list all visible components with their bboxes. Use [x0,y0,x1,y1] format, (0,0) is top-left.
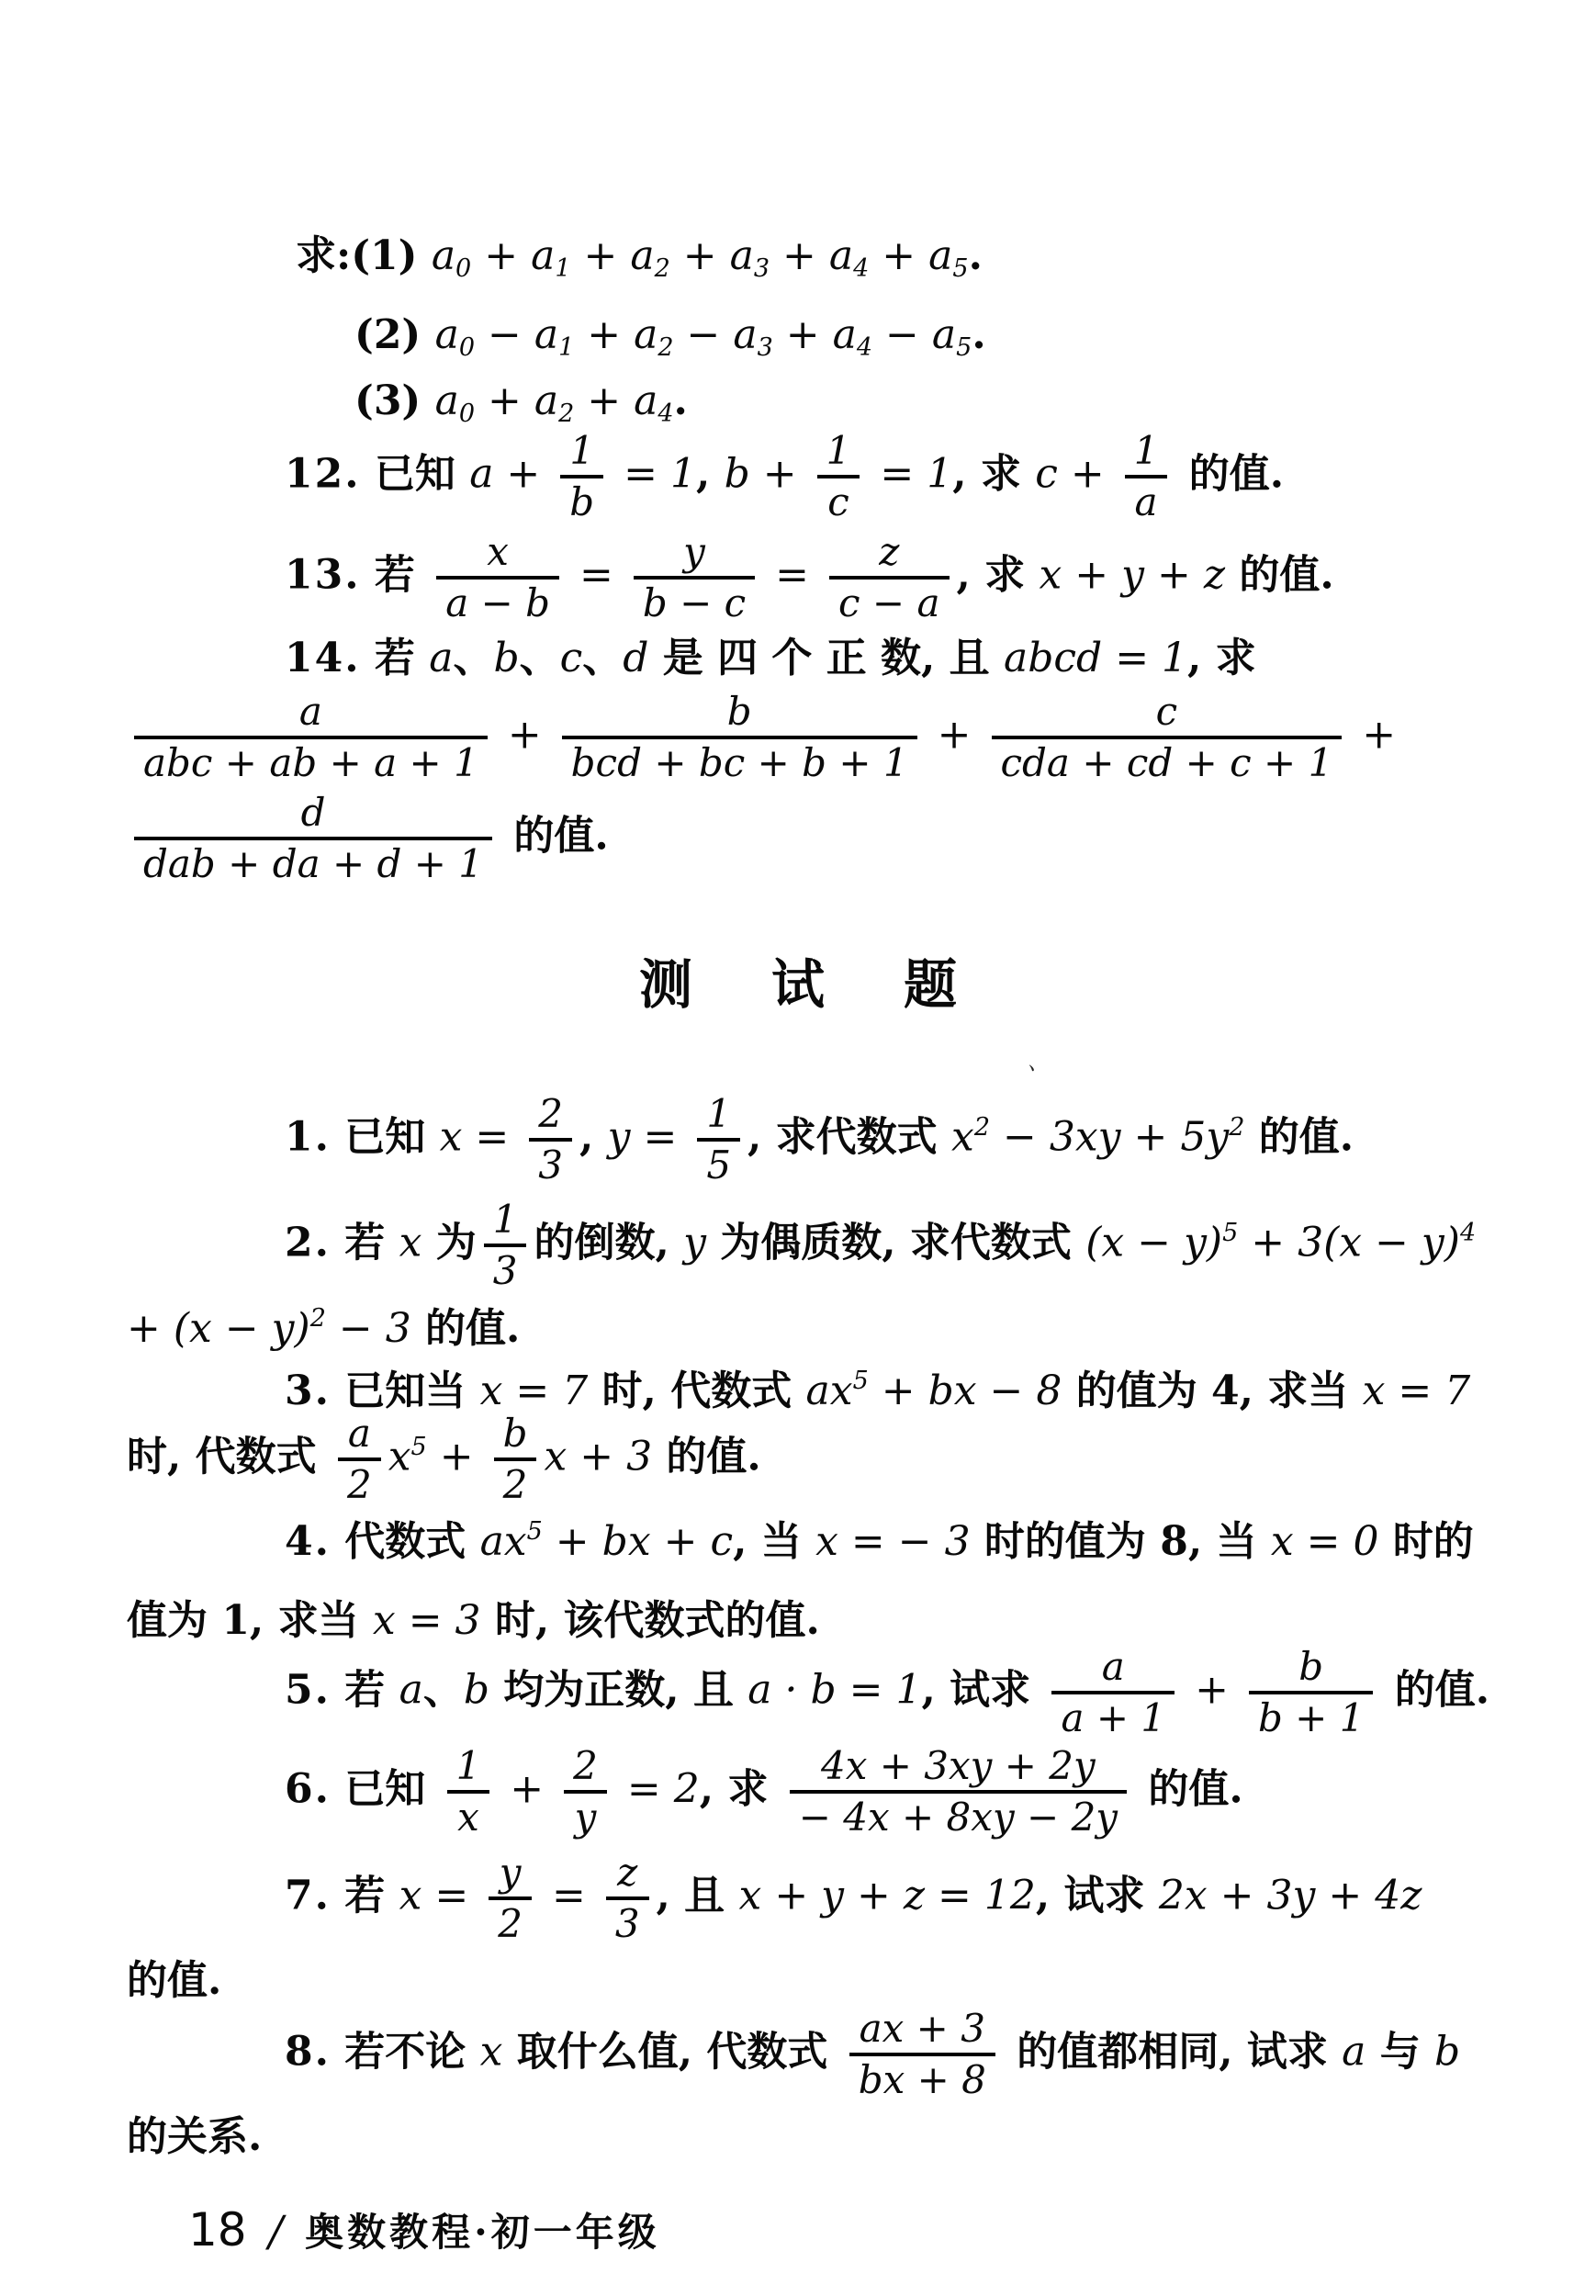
test-problem-6: 6. 已知 1x + 2y = 2, 求 4x + 3xy + 2y− 4x +… [285,1745,1243,1839]
test-problem-7-line-2: 的值. [127,1956,221,2006]
math-run: − a [475,311,558,358]
math-run: b [493,635,519,681]
subscript: 3 [754,254,770,283]
text-run: 的值为 4, 求当 [1062,1367,1362,1414]
text-run: , 求 [700,1766,782,1813]
subscript: 2 [558,400,574,428]
textbook-page: 求:(1) a0 + a1 + a2 + a3 + a4 + a5. (2) a… [0,0,1596,2296]
fraction-denominator: 3 [529,1138,572,1187]
fraction-numerator: x [436,531,559,576]
text-run: 与 [1366,2029,1434,2076]
math-run: = [567,552,626,599]
math-run: abcd [1004,635,1102,681]
text-run: 时, 该代数式的值. [481,1597,820,1644]
fraction-denominator: a + 1 [1051,1691,1175,1739]
math-run: (x − y) [1085,1220,1222,1266]
fraction: y2 [489,1851,532,1945]
math-run: + 3(x − y) [1238,1220,1460,1266]
math-run: + a [571,232,655,279]
subscript: 4 [853,254,869,283]
text-run: 已知 [331,1766,440,1813]
fraction: ax + 3bx + 8 [849,2008,995,2101]
text-run: . [972,311,985,358]
problem-number: 8. [285,2029,331,2076]
math-run: b + [725,451,810,498]
text-run: 的值. [1225,552,1334,599]
math-run: a + [469,451,553,498]
math-run: + a [574,311,658,358]
text-run: , 当 [733,1518,815,1565]
fraction-numerator: 1 [484,1199,527,1244]
math-run: x = [399,1873,482,1919]
text-run: 、 [520,635,560,681]
problem-number: 14. [285,635,361,681]
subscript: 4 [857,333,872,362]
text-run: 时, 代数式 [588,1367,805,1414]
text-run: 是 四 个 正 数, 且 [648,635,1004,681]
text-run: 为偶质数, 求代数式 [706,1220,1085,1266]
math-run: = [762,552,822,599]
fraction: ccda + cd + c + 1 [992,691,1343,784]
text-run: , 求 [957,552,1040,599]
math-run: + a [475,377,558,424]
problem-13: 13. 若 xa − b = yb − c = zc − a, 求 x + y … [285,531,1334,625]
math-run: x [388,1434,411,1480]
math-run: + [495,712,555,759]
text-run: , [696,451,725,498]
problem-number: 2. [285,1220,331,1266]
fraction-numerator: d [134,792,492,837]
math-run: d [623,635,648,681]
fraction: bbcd + bc + b + 1 [562,691,917,784]
text-run: , 求 [952,451,1035,498]
text-run: 若 [331,1873,399,1919]
text-run: 若 [331,1667,399,1714]
superscript: 5 [527,1517,543,1546]
problem-number: 5. [285,1667,331,1714]
math-run: x = 0 [1271,1518,1379,1565]
math-run: + a [773,311,857,358]
problem-14-line-1: 14. 若 a、b、c、d 是 四 个 正 数, 且 abcd = 1, 求 [285,634,1256,683]
superscript: 2 [310,1304,326,1333]
math-run: x = 7 [480,1367,589,1414]
fraction-denominator: bcd + bc + b + 1 [562,736,917,784]
test-problem-4-line-1: 4. 代数式 ax5 + bx + c, 当 x = − 3 时的值为 8, 当… [285,1517,1474,1567]
footer-separator-icon: / [269,2206,284,2256]
subscript: 0 [455,254,471,283]
text-run: 已知当 [331,1367,480,1414]
fraction: 1b [560,430,603,523]
test-problem-2-line-2: + (x − y)2 − 3 的值. [127,1304,520,1354]
superscript: 2 [1229,1113,1244,1142]
page-footer: 18 / 奥数教程·初一年级 [188,2202,660,2257]
fraction-numerator: 4x + 3xy + 2y [790,1745,1127,1790]
math-run: − 3 [326,1305,411,1352]
text-run: (2) [354,311,435,358]
fraction-denominator: 5 [697,1138,740,1187]
fraction-denominator: y [564,1790,607,1839]
fraction-numerator: 1 [697,1093,740,1138]
math-run: + (x − y) [127,1305,310,1352]
text-run: , 试求 [921,1667,1044,1714]
math-run: + [1349,712,1396,759]
subscript: 2 [658,333,673,362]
fraction-denominator: b + 1 [1249,1691,1374,1739]
fraction-numerator: 1 [560,430,603,475]
math-run: = [539,1873,599,1919]
fraction-numerator: 2 [564,1745,607,1790]
text-run: 求:(1) [296,232,432,279]
text-run: . [674,377,688,424]
text-run: 若不论 [331,2029,480,2076]
fraction: bb + 1 [1249,1646,1374,1739]
section-heading: 测试题 [0,955,1596,1014]
math-run: b [464,1667,489,1714]
math-run: a · b = 1 [747,1667,921,1714]
math-run: − 3xy + 5y [990,1114,1229,1161]
problem-number: 3. [285,1367,331,1414]
math-run: x + y + z = 12 [739,1873,1036,1919]
math-run: + a [869,232,952,279]
test-problem-1: 1. 已知 x = 23, y = 15, 求代数式 x2 − 3xy + 5y… [285,1093,1354,1187]
math-run: b [1434,2029,1460,2076]
fraction: zc − a [829,531,949,625]
fraction-numerator: ax + 3 [849,2008,995,2053]
fraction: 2y [564,1745,607,1839]
text-run: 的值. [1244,1114,1354,1161]
fraction-denominator: − 4x + 8xy − 2y [790,1790,1127,1839]
subscript: 5 [956,333,972,362]
superscript: 4 [1460,1219,1476,1247]
superscript: 2 [974,1113,990,1142]
math-run: + [1182,1667,1242,1714]
fraction-numerator: c [992,691,1343,736]
fraction-denominator: bx + 8 [849,2053,995,2101]
fraction-numerator: 1 [447,1745,490,1790]
text-run: 值为 1, 求当 [127,1597,373,1644]
math-run: a [399,1667,423,1714]
text-run: 为 [421,1220,476,1266]
math-run: = 1 [611,451,696,498]
math-run: + [427,1434,487,1480]
fraction-denominator: dab + da + d + 1 [134,837,492,885]
fraction-numerator: y [489,1851,532,1896]
math-run: y = [608,1114,691,1161]
math-run: c + [1035,451,1117,498]
fraction-denominator: b − c [634,576,755,625]
problem-14-line-2: aabc + ab + a + 1 + bbcd + bc + b + 1 + … [127,691,1396,784]
math-run: a [435,377,459,424]
text-run: 若 [331,1220,399,1266]
fraction: aa + 1 [1051,1646,1175,1739]
problem-14-line-3: ddab + da + d + 1 的值. [127,792,609,885]
math-run: ax [806,1367,853,1414]
problem-number: 1. [285,1114,331,1161]
intro-line-1: 求:(1) a0 + a1 + a2 + a3 + a4 + a5. [296,231,983,281]
subscript: 0 [459,400,475,428]
text-run: 取什么值, 代数式 [502,2029,841,2076]
fraction-denominator: 3 [484,1244,527,1292]
scan-artifact-mark: 、 [1027,1043,1055,1079]
math-run: x [480,2029,503,2076]
fraction: ddab + da + d + 1 [134,792,492,885]
fraction-denominator: 3 [606,1896,649,1945]
math-run: 2x + 3y + 4z [1159,1873,1422,1919]
problem-number: 4. [285,1518,331,1565]
page-number: 18 [188,2203,247,2257]
text-run: 时的 [1378,1518,1473,1565]
math-run: ax [480,1518,527,1565]
math-run: − a [674,311,758,358]
math-run: x [951,1114,974,1161]
superscript: 5 [1222,1219,1238,1247]
subscript: 0 [459,333,475,362]
text-run: , [579,1114,608,1161]
math-run: + [497,1766,556,1813]
text-run: 时, 代数式 [127,1434,331,1480]
math-run: + a [770,232,853,279]
test-problem-3-line-1: 3. 已知当 x = 7 时, 代数式 ax5 + bx − 8 的值为 4, … [285,1367,1470,1416]
text-run: 的关系. [127,2113,262,2160]
math-run: a [429,635,453,681]
text-run: 、 [423,1667,464,1714]
fraction: b2 [494,1412,537,1506]
test-problem-8-line-2: 的关系. [127,2112,262,2162]
math-run: = 2 [614,1766,700,1813]
math-run: = 1 [867,451,952,498]
text-run: 已知 [331,1114,440,1161]
fraction: 1a [1125,430,1168,523]
fraction-numerator: 1 [1125,430,1168,475]
text-run: 的值. [127,1957,221,2004]
fraction-denominator: 2 [338,1458,381,1506]
test-problem-5: 5. 若 a、b 均为正数, 且 a · b = 1, 试求 aa + 1 + … [285,1646,1489,1739]
fraction: aabc + ab + a + 1 [134,691,488,784]
text-run: , 且 [657,1873,739,1919]
text-run: 已知 [361,451,470,498]
fraction-denominator: c [817,475,860,523]
fraction-denominator: abc + ab + a + 1 [134,736,488,784]
problem-number: 12. [285,451,361,498]
fraction-numerator: b [494,1412,537,1458]
math-run: x + 3 [544,1434,652,1480]
math-run: + a [670,232,754,279]
text-run: 的值. [652,1434,761,1480]
fraction-numerator: a [134,691,488,736]
subscript: 1 [555,254,570,283]
problem-number: 6. [285,1766,331,1813]
math-run: x = [440,1114,523,1161]
text-run: 的值. [1175,451,1284,498]
text-run: 的倒数, [534,1220,683,1266]
fraction-denominator: 2 [494,1458,537,1506]
text-run: 均为正数, 且 [489,1667,747,1714]
fraction-numerator: 1 [817,430,860,475]
text-run: 的值. [500,813,609,860]
fraction-numerator: y [634,531,755,576]
intro-line-3: (3) a0 + a2 + a4. [354,377,688,426]
text-run: 若 [361,635,430,681]
fraction: 13 [484,1199,527,1292]
text-run: , 试求 [1036,1873,1159,1919]
math-run: a [435,311,459,358]
text-run: 的值. [1134,1766,1243,1813]
math-run: + a [574,377,658,424]
test-problem-3-line-2: 时, 代数式 a2x5 + b2x + 3 的值. [127,1412,761,1506]
text-run: 、 [582,635,623,681]
fraction-denominator: cda + cd + c + 1 [992,736,1343,784]
math-run: c [560,635,583,681]
fraction: 23 [529,1093,572,1187]
subscript: 2 [655,254,670,283]
book-title: 奥数教程·初一年级 [305,2202,660,2257]
math-run: − a [872,311,956,358]
text-run: 的值. [1380,1667,1489,1714]
text-run: 的值. [411,1305,521,1352]
text-run: , 求代数式 [747,1114,951,1161]
math-run: + bx + c [543,1518,733,1565]
fraction-numerator: 2 [529,1093,572,1138]
fraction: z3 [606,1851,649,1945]
math-run: x = − 3 [815,1518,971,1565]
test-problem-7-line-1: 7. 若 x = y2 = z3, 且 x + y + z = 12, 试求 2… [285,1851,1422,1945]
math-run: = 1 [1102,635,1187,681]
text-run: 、 [453,635,493,681]
fraction-numerator: z [606,1851,649,1896]
fraction-numerator: a [338,1412,381,1458]
fraction: 1x [447,1745,490,1839]
fraction-denominator: 2 [489,1896,532,1945]
fraction-denominator: b [560,475,603,523]
math-run: x + y + z [1039,552,1225,599]
fraction-denominator: x [447,1790,490,1839]
fraction: 15 [697,1093,740,1187]
text-run: 的值都相同, 试求 [1003,2029,1342,2076]
test-problem-8-line-1: 8. 若不论 x 取什么值, 代数式 ax + 3bx + 8 的值都相同, 试… [285,2008,1460,2101]
subscript: 4 [658,400,673,428]
text-run: . [969,232,983,279]
text-run: (3) [354,377,435,424]
math-run: y [683,1220,706,1266]
fraction: xa − b [436,531,559,625]
subscript: 5 [952,254,968,283]
problem-12: 12. 已知 a + 1b = 1, b + 1c = 1, 求 c + 1a … [285,430,1284,523]
fraction: 1c [817,430,860,523]
fraction-denominator: c − a [829,576,949,625]
math-run: + bx − 8 [869,1367,1062,1414]
math-run: a [1342,2029,1366,2076]
math-run: + [925,712,984,759]
math-run: a [432,232,455,279]
fraction-denominator: a [1125,475,1168,523]
fraction: a2 [338,1412,381,1506]
fraction: yb − c [634,531,755,625]
fraction-numerator: b [562,691,917,736]
problem-number: 7. [285,1873,331,1919]
problem-number: 13. [285,552,361,599]
text-run: 时的值为 8, 当 [971,1518,1271,1565]
fraction-numerator: a [1051,1646,1175,1691]
test-problem-4-line-2: 值为 1, 求当 x = 3 时, 该代数式的值. [127,1596,820,1646]
fraction-denominator: a − b [436,576,559,625]
math-run: + a [471,232,555,279]
subscript: 1 [558,333,574,362]
fraction: 4x + 3xy + 2y− 4x + 8xy − 2y [790,1745,1127,1839]
text-run: 若 [361,552,430,599]
test-problem-2-line-1: 2. 若 x 为13的倒数, y 为偶质数, 求代数式 (x − y)5 + 3… [285,1199,1476,1292]
text-run: , 求 [1187,635,1256,681]
subscript: 3 [758,333,773,362]
text-run: 代数式 [331,1518,480,1565]
math-run: x = 3 [373,1597,481,1644]
intro-line-2: (2) a0 − a1 + a2 − a3 + a4 − a5. [354,310,986,360]
fraction-numerator: b [1249,1646,1374,1691]
superscript: 5 [411,1433,427,1461]
superscript: 5 [853,1367,869,1395]
fraction-numerator: z [829,531,949,576]
math-run: x [399,1220,422,1266]
math-run: x = 7 [1363,1367,1471,1414]
